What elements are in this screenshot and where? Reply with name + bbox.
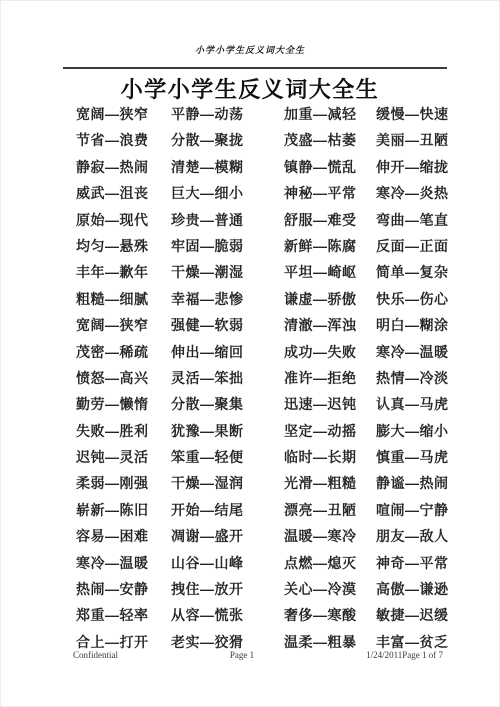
antonym-pair: 平静—动荡	[171, 101, 284, 127]
antonym-pair: 宽阔—狭窄	[76, 312, 171, 338]
antonym-pair: 镇静—慌乱	[284, 154, 376, 180]
antonym-pair: 清楚—模糊	[171, 154, 284, 180]
antonym-pair: 宽阔—狭窄	[76, 101, 171, 127]
antonym-pair: 犹豫—果断	[171, 418, 284, 444]
antonym-pair: 慎重—马虎	[376, 444, 449, 470]
antonym-pair: 山谷—山峰	[171, 550, 284, 576]
antonym-pair: 茂盛—枯萎	[284, 127, 376, 153]
page-footer: Confidential Page 1 1/24/2011Page 1 of 7	[73, 650, 443, 660]
antonym-pair: 柔弱—刚强	[76, 470, 171, 496]
antonym-pair: 愤怒—高兴	[76, 365, 171, 391]
antonym-pair: 失败—胜利	[76, 418, 171, 444]
antonym-pair: 从容—慌张	[171, 602, 284, 628]
antonym-pair: 寒冷—温暖	[376, 339, 449, 365]
antonym-pair: 光滑—粗糙	[284, 470, 376, 496]
antonym-pair: 静寂—热闹	[76, 154, 171, 180]
antonym-pair: 干燥—潮湿	[171, 259, 284, 285]
antonym-pair: 强健—软弱	[171, 312, 284, 338]
antonym-pair: 漂亮—丑陋	[284, 497, 376, 523]
antonym-pair: 准许—拒绝	[284, 365, 376, 391]
antonym-pair: 幸福—悲惨	[171, 286, 284, 312]
antonym-pair: 分散—聚拢	[171, 127, 284, 153]
antonym-pair: 凋谢—盛开	[171, 523, 284, 549]
antonym-pair: 牢固—脆弱	[171, 233, 284, 259]
antonym-pair: 舒服—难受	[284, 207, 376, 233]
antonym-pair: 节省—浪费	[76, 127, 171, 153]
antonym-pair: 平坦—崎岖	[284, 259, 376, 285]
antonym-pair: 明白—糊涂	[376, 312, 449, 338]
antonym-pair: 静谧—热闹	[376, 470, 449, 496]
antonym-pair: 奢侈—寒酸	[284, 602, 376, 628]
antonym-pair: 热情—冷淡	[376, 365, 449, 391]
antonym-pair: 神奇—平常	[376, 550, 449, 576]
antonym-pair: 坚定—动摇	[284, 418, 376, 444]
antonym-pair: 临时—长期	[284, 444, 376, 470]
footer-page-number: Page 1	[230, 650, 254, 660]
antonym-pair: 茂密—稀疏	[76, 339, 171, 365]
antonym-pair: 分散—聚集	[171, 391, 284, 417]
antonym-pair: 巨大—细小	[171, 180, 284, 206]
antonym-pair: 认真—马虎	[376, 391, 449, 417]
antonym-pair: 加重—减轻	[284, 101, 376, 127]
antonym-pair: 快乐—伤心	[376, 286, 449, 312]
antonym-pair: 清澈—浑浊	[284, 312, 376, 338]
antonym-pair: 朋友—敌人	[376, 523, 449, 549]
antonym-pair: 缓慢—快速	[376, 101, 449, 127]
antonym-pair: 温暖—寒冷	[284, 523, 376, 549]
page-title: 小学小学生反义词大全生	[1, 73, 499, 104]
antonym-pair: 崭新—陈旧	[76, 497, 171, 523]
antonym-pair: 伸出—缩回	[171, 339, 284, 365]
antonym-pair: 敏捷—迟缓	[376, 602, 449, 628]
antonym-pair: 美丽—丑陋	[376, 127, 449, 153]
antonym-pair: 郑重—轻率	[76, 602, 171, 628]
document-page: 小学小学生反义词大全生 小学小学生反义词大全生 宽阔—狭窄 平静—动荡 加重—减…	[0, 0, 500, 707]
antonym-pair: 原始—现代	[76, 207, 171, 233]
antonym-pair: 丰年—歉年	[76, 259, 171, 285]
antonym-pair: 均匀—悬殊	[76, 233, 171, 259]
antonym-grid: 宽阔—狭窄 平静—动荡 加重—减轻 缓慢—快速 节省—浪费 分散—聚拢 茂盛—枯…	[76, 101, 443, 655]
antonym-pair: 谦虚—骄傲	[284, 286, 376, 312]
antonym-pair: 勤劳—懒惰	[76, 391, 171, 417]
antonym-pair: 关心—冷漠	[284, 576, 376, 602]
antonym-pair: 弯曲—笔直	[376, 207, 449, 233]
antonym-pair: 伸开—缩拢	[376, 154, 449, 180]
antonym-pair: 反面—正面	[376, 233, 449, 259]
antonym-pair: 喧闹—宁静	[376, 497, 449, 523]
antonym-pair: 粗糙—细腻	[76, 286, 171, 312]
antonym-pair: 寒冷—温暖	[76, 550, 171, 576]
antonym-pair: 珍贵—普通	[171, 207, 284, 233]
antonym-pair: 膨大—缩小	[376, 418, 449, 444]
footer-date-page-count: 1/24/2011Page 1 of 7	[366, 650, 443, 660]
antonym-pair: 新鲜—陈腐	[284, 233, 376, 259]
footer-confidential-label: Confidential	[73, 650, 118, 660]
antonym-pair: 高傲—谦逊	[376, 576, 449, 602]
antonym-pair: 成功—失败	[284, 339, 376, 365]
header-rule-divider	[63, 67, 447, 69]
antonym-pair: 热闹—安静	[76, 576, 171, 602]
antonym-pair: 简单—复杂	[376, 259, 449, 285]
antonym-pair: 迅速—迟钝	[284, 391, 376, 417]
antonym-pair: 拽住—放开	[171, 576, 284, 602]
antonym-pair: 灵活—笨拙	[171, 365, 284, 391]
antonym-pair: 威武—沮丧	[76, 180, 171, 206]
running-header-text: 小学小学生反义词大全生	[1, 43, 499, 56]
antonym-pair: 点燃—熄灭	[284, 550, 376, 576]
antonym-pair: 迟钝—灵活	[76, 444, 171, 470]
antonym-pair: 容易—困难	[76, 523, 171, 549]
antonym-pair: 笨重—轻便	[171, 444, 284, 470]
antonym-pair: 神秘—平常	[284, 180, 376, 206]
antonym-pair: 开始—结尾	[171, 497, 284, 523]
antonym-pair: 寒冷—炎热	[376, 180, 449, 206]
antonym-pair: 干燥—湿润	[171, 470, 284, 496]
